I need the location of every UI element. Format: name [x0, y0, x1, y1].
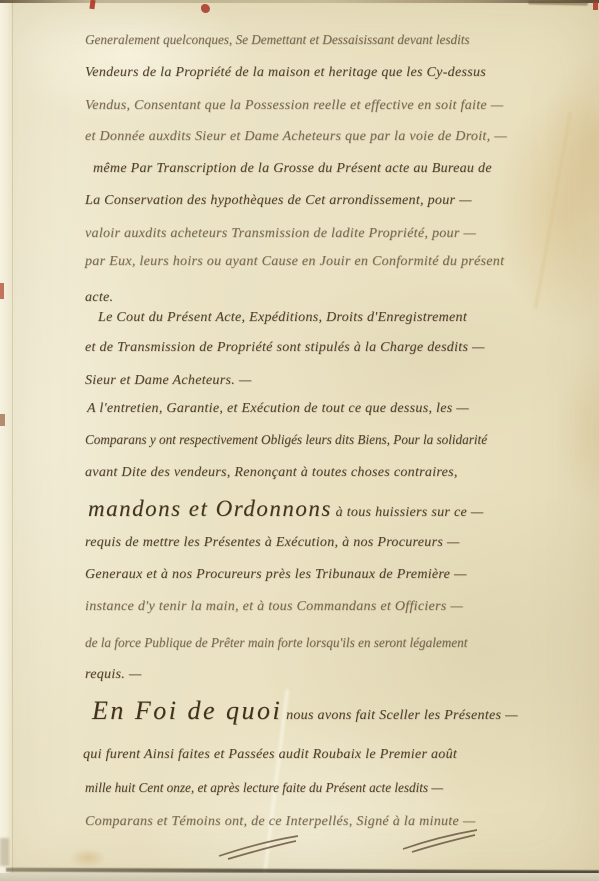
manuscript-line: valoir auxdits acheteurs Transmission de…: [85, 227, 476, 241]
red-wax-dot: [201, 4, 210, 13]
manuscript-line: requis. —: [85, 668, 142, 682]
red-edge-mark-corner: [593, 1, 598, 10]
manuscript-line: avant Dite des vendeurs, Renonçant à tou…: [85, 466, 458, 480]
manuscript-line: Le Cout du Présent Acte, Expéditions, Dr…: [98, 311, 467, 325]
manuscript-line: Sieur et Dame Acheteurs. —: [85, 374, 252, 388]
line-continuation: à tous huissiers sur ce —: [332, 505, 484, 520]
manuscript-line: Generalement quelconques, Se Demettant e…: [85, 33, 470, 46]
manuscript-line: instance d'y tenir la main, et à tous Co…: [85, 600, 463, 614]
page-left-edge: [0, 0, 13, 881]
paraph-flourish-icon: [215, 833, 301, 865]
red-edge-mark-left-2: [0, 414, 5, 426]
manuscript-line: requis de mettre les Présentes à Exécuti…: [85, 536, 460, 550]
page-corner-shadow: [0, 838, 9, 866]
manuscript-line: par Eux, leurs hoirs ou ayant Cause en J…: [85, 255, 504, 269]
manuscript-line: mille huit Cent onze, et après lecture f…: [85, 781, 443, 794]
paper-crease-diagonal: [535, 111, 572, 308]
manuscript-line: de la force Publique de Prêter main fort…: [85, 636, 467, 649]
large-script-mandons: mandons et Ordonnons: [88, 496, 332, 521]
manuscript-line: et de Transmission de Propriété sont sti…: [85, 341, 485, 355]
manuscript-line: acte.: [85, 291, 113, 305]
manuscript-line: A l'entretien, Garantie, et Exécution de…: [87, 402, 469, 416]
manuscript-line-mandons: mandons et Ordonnons à tous huissiers su…: [88, 497, 484, 520]
red-edge-mark-top: [89, 0, 95, 9]
manuscript-line: Vendus, Consentant que la Possession ree…: [85, 99, 503, 113]
red-edge-mark-left-1: [0, 283, 4, 299]
manuscript-line: Generaux et à nos Procureurs près les Tr…: [85, 568, 467, 582]
manuscript-line: Comparans et Témoins ont, de ce Interpel…: [85, 815, 476, 829]
paraph-flourish-icon: [400, 828, 480, 858]
manuscript-line: La Conservation des hypothèques de Cet a…: [85, 194, 472, 208]
large-script-en-foi-de-quoi: En Foi de quoi: [92, 696, 282, 725]
page-top-edge-shadow: [528, 0, 588, 5]
line-continuation: nous avons fait Sceller les Présentes —: [282, 708, 518, 723]
manuscript-page: Generalement quelconques, Se Demettant e…: [0, 0, 599, 881]
manuscript-line: Vendeurs de la Propriété de la maison et…: [85, 66, 486, 80]
manuscript-line: qui furent Ainsi faites et Passées audit…: [83, 748, 457, 762]
manuscript-line: Comparans y ont respectivement Obligés l…: [85, 433, 487, 446]
surface-below-page: [0, 873, 599, 881]
manuscript-line: et Donnée auxdits Sieur et Dame Acheteur…: [85, 130, 507, 144]
manuscript-line-en-foi: En Foi de quoi nous avons fait Sceller l…: [92, 698, 518, 724]
manuscript-line: même Par Transcription de la Grosse du P…: [93, 162, 492, 176]
